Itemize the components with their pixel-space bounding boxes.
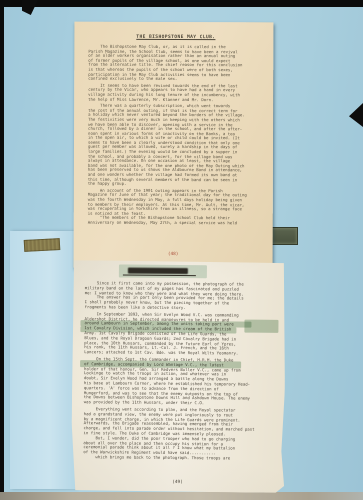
album-photo: THE BISHOPSTONE MAY CLUB. The Bishopston… xyxy=(0,0,363,500)
page1-body: The Bishopstone May Club, or, as it is c… xyxy=(88,45,264,226)
scan-bed-strip xyxy=(0,492,363,500)
tape-strip xyxy=(24,238,61,252)
page-number-49: (49) xyxy=(71,479,284,486)
mounting-tab xyxy=(271,227,298,245)
page2-body: Since it first came into my possession, … xyxy=(83,281,278,461)
typed-page-manoeuvres: Since it first came into my possession, … xyxy=(71,260,286,493)
page-title: THE BISHOPSTONE MAY CLUB. xyxy=(88,35,263,41)
inked-heading-smudge xyxy=(128,268,188,274)
typed-page-may-club: THE BISHOPSTONE MAY CLUB. The Bishopston… xyxy=(74,22,274,269)
underlying-page-edge xyxy=(10,231,76,489)
page-number-48: (48) xyxy=(74,252,273,258)
green-highlight-mark xyxy=(80,360,241,368)
green-highlight-mark xyxy=(244,320,278,333)
